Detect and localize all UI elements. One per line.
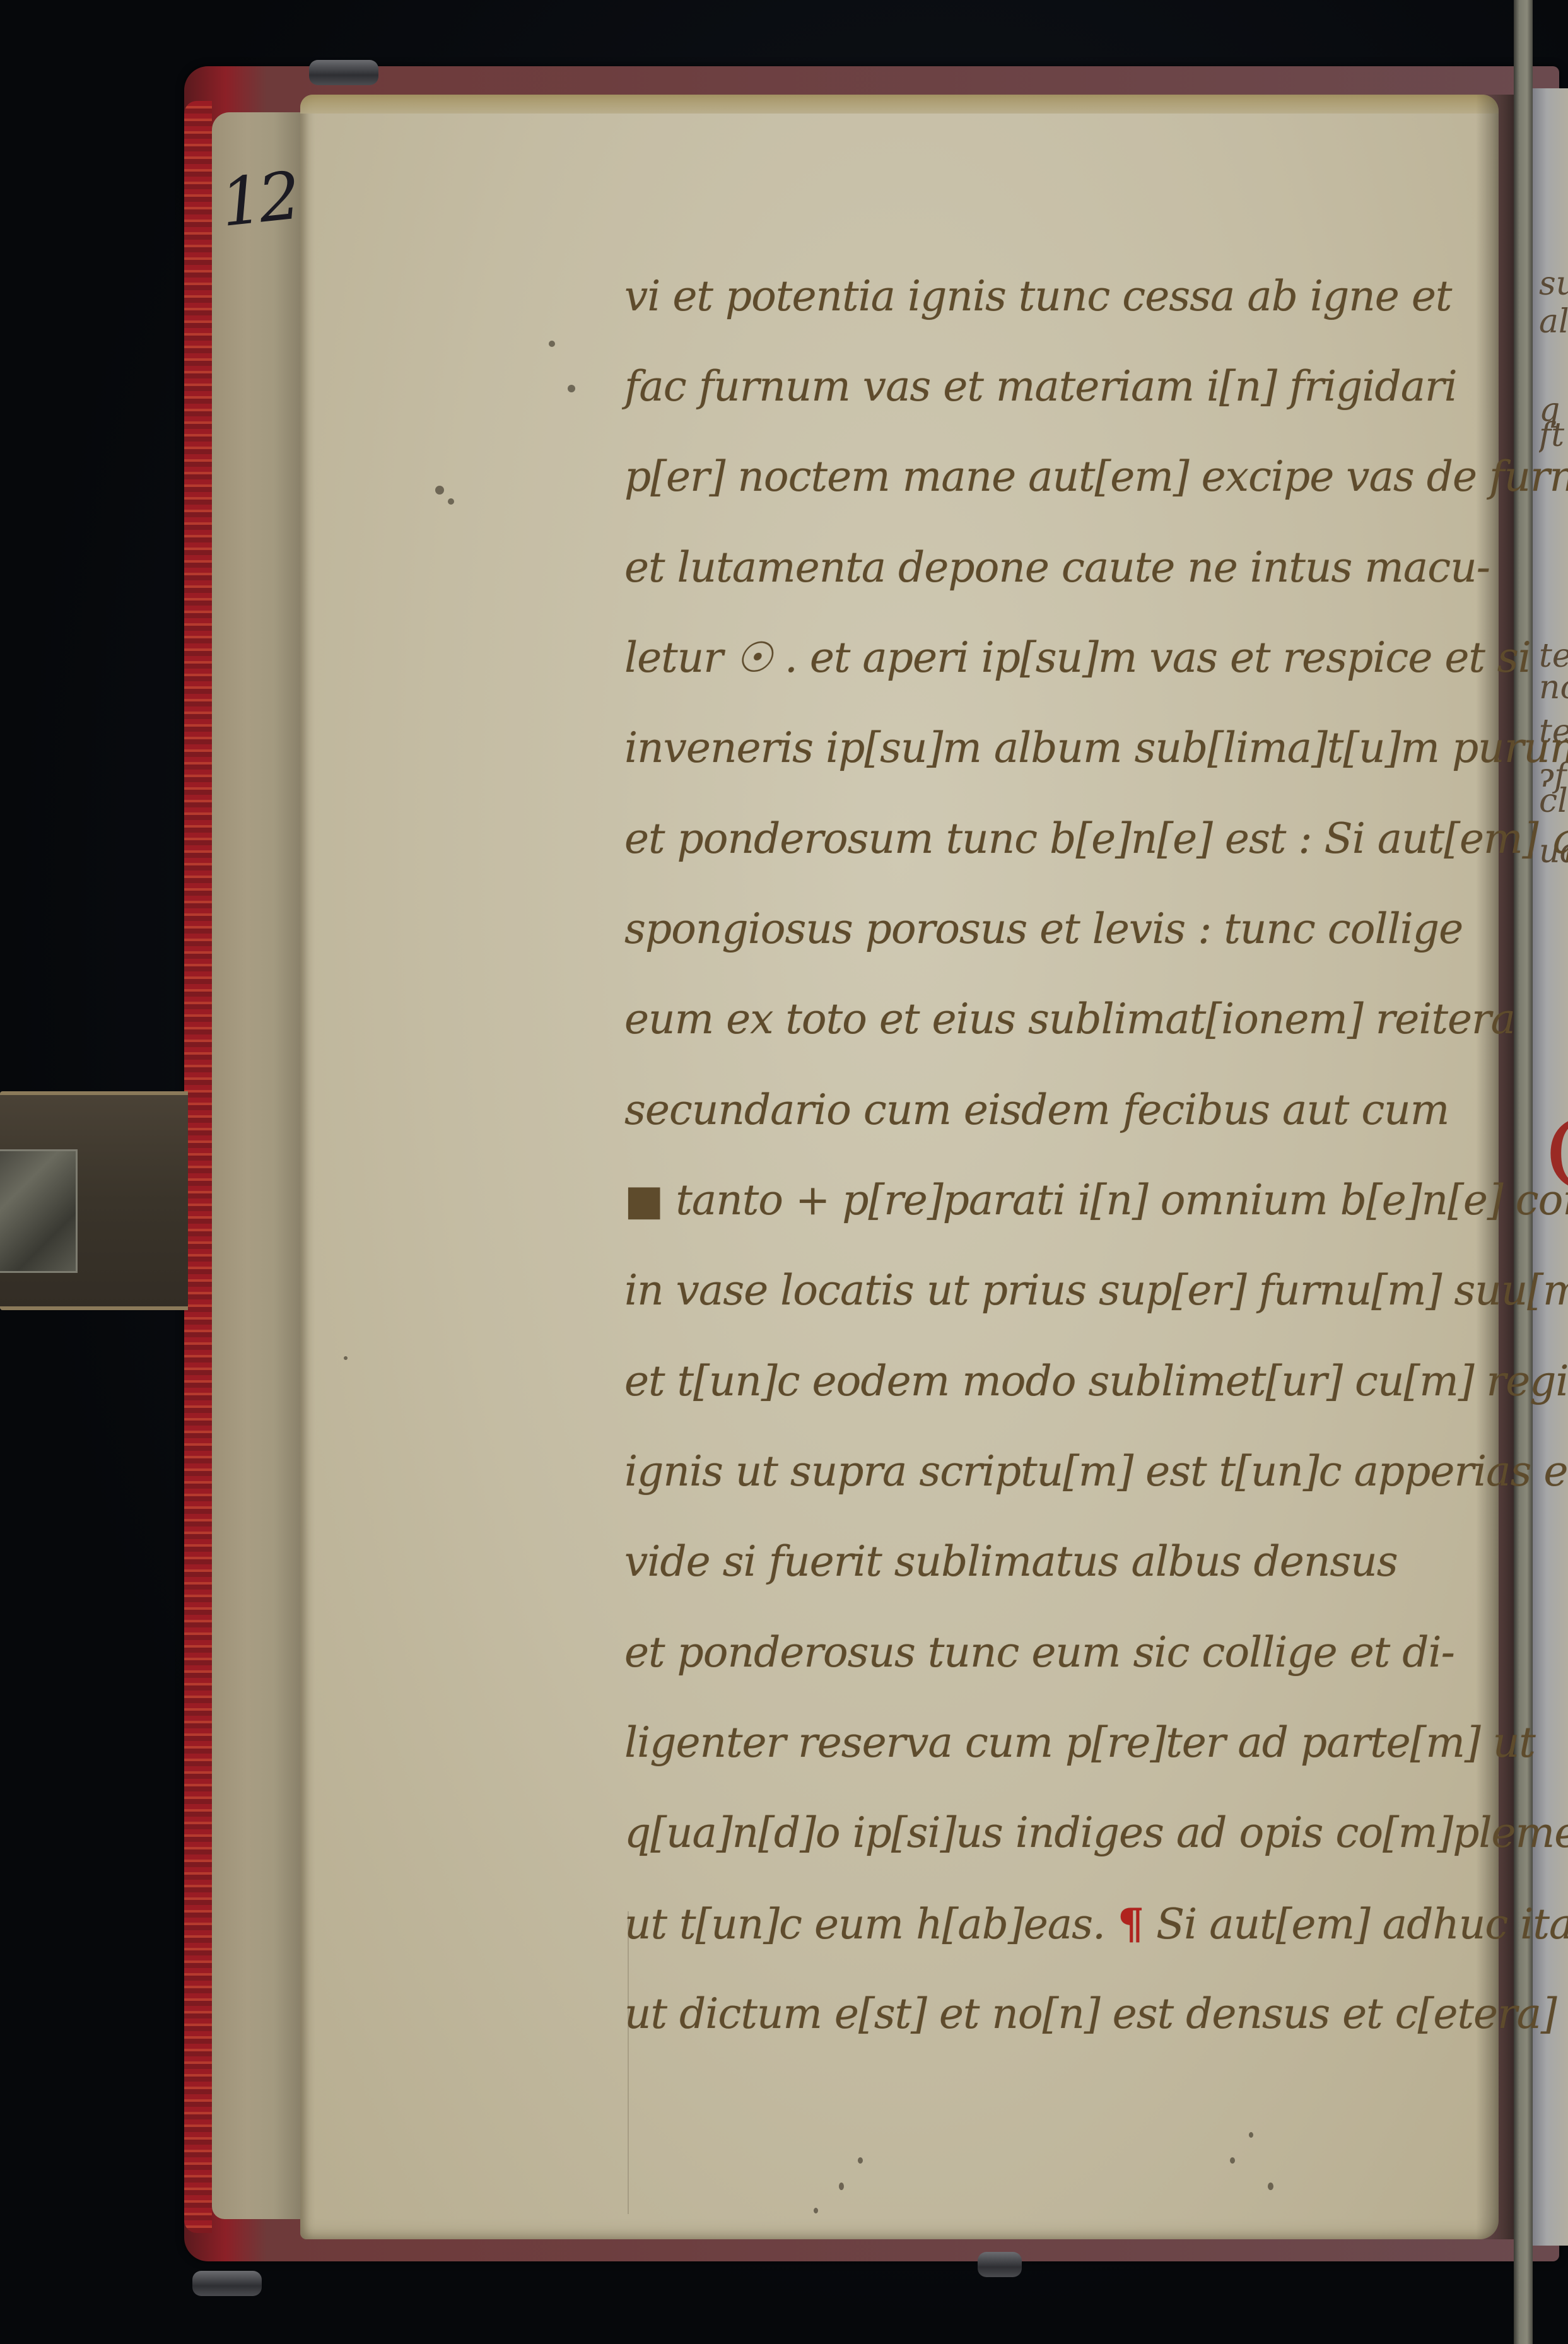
foxing-spot (1230, 2157, 1235, 2164)
text-line-4: et lutamenta depone caute ne intus macu- (624, 542, 1490, 593)
foxing-spot (568, 385, 575, 392)
text-line-15: vide si fuerit sublimatus albus densus (624, 1537, 1398, 1587)
page-top-edge (300, 95, 1499, 114)
text-line-19-continuation: Si aut[em] adhuc ita est (1156, 1900, 1568, 1948)
text-line-14: ignis ut supra scriptu[m] est t[un]c app… (624, 1446, 1568, 1497)
foxing-spot (814, 2208, 818, 2213)
metal-boss-top (309, 60, 378, 85)
text-line-20: ut dictum e[st] et no[n] est densus et c… (624, 1989, 1568, 2039)
text-line-1: vi et potentia ignis tunc cessa ab igne … (624, 271, 1451, 322)
metal-boss-bottom-left (192, 2271, 262, 2296)
text-line-11: ■ tanto + p[re]parati i[n] omnium b[e]n[… (624, 1175, 1568, 1226)
facing-page-fragment: ft (1539, 416, 1568, 454)
foxing-spot (435, 486, 444, 495)
text-line-18: q[ua]n[d]o ip[si]us indiges ad opis co[m… (624, 1808, 1568, 1858)
text-line-2: fac furnum vas et materiam i[n] frigidar… (624, 361, 1457, 412)
metal-clasp-plate (0, 1149, 78, 1273)
rubric-pilcrow: ¶ (1118, 1899, 1144, 1948)
text-line-19: ut t[un]c eum h[ab]eas. ¶ Si aut[em] adh… (624, 1899, 1568, 1950)
foxing-spot (549, 341, 555, 347)
text-line-17: ligenter reserva cum p[re]ter ad parte[m… (624, 1718, 1535, 1768)
text-line-13: et t[un]c eodem modo sublimet[ur] cu[m] … (624, 1356, 1568, 1407)
foxing-spot (858, 2157, 863, 2164)
text-line-6: inveneris ip[su]m album sub[lima]t[u]m p… (624, 723, 1568, 773)
ruling-line (628, 1911, 629, 2214)
flyleaf-stub (212, 112, 300, 2219)
foxing-spot (448, 498, 454, 505)
red-leather-spine-edge (184, 101, 212, 2233)
text-line-10: secundario cum eisdem fecibus aut cum (624, 1085, 1449, 1135)
facing-page-fragment: sup (1539, 265, 1568, 303)
folio-number: 12 (217, 157, 300, 242)
foxing-spot (1268, 2183, 1273, 2190)
text-line-19-start: ut t[un]c eum h[ab]eas. (624, 1900, 1105, 1948)
foxing-spot (344, 1356, 348, 1360)
text-line-16: et ponderosus tunc eum sic collige et di… (624, 1627, 1454, 1678)
text-line-7: et ponderosum tunc b[e]n[e] est : Si aut… (624, 814, 1568, 864)
facing-page-fragment: alb (1539, 303, 1568, 341)
facing-page-fragment: no (1539, 669, 1568, 706)
metal-boss-bottom-right (978, 2252, 1022, 2277)
text-line-3: p[er] noctem mane aut[em] excipe vas de … (624, 452, 1568, 502)
text-line-5: letur ☉ . et aperi ip[su]m vas et respic… (624, 633, 1531, 683)
text-line-12: in vase locatis ut prius sup[er] furnu[m… (624, 1265, 1568, 1316)
foxing-spot (1249, 2132, 1253, 2138)
text-line-8: spongiosus porosus et levis : tunc colli… (624, 904, 1463, 954)
text-line-9: eum ex toto et eius sublimat[ionem] reit… (624, 994, 1515, 1045)
foxing-spot (839, 2183, 844, 2190)
